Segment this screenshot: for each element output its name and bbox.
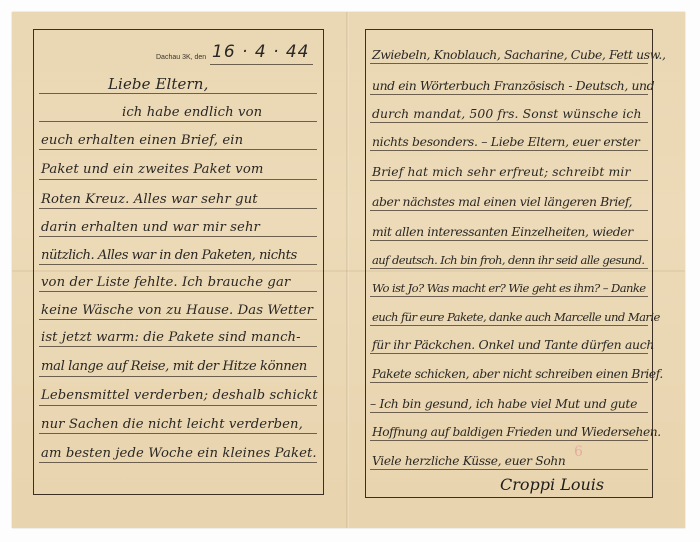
printed-header: Dachau 3K, den (156, 54, 206, 61)
letter-line: durch mandat, 500 frs. Sonst wünsche ich (372, 106, 642, 122)
rule (370, 469, 648, 470)
rule (39, 121, 317, 122)
letter-line: für ihr Päckchen. Onkel und Tante dürfen… (372, 337, 654, 353)
letter-line: nur Sachen die nicht leicht verderben, (41, 417, 303, 433)
rule (39, 319, 317, 320)
rule (39, 179, 317, 180)
rule (39, 93, 317, 94)
letter-line: Pakete schicken, aber nicht schreiben ei… (372, 366, 663, 382)
letter-line: ich habe endlich von (122, 105, 262, 121)
rule (370, 150, 648, 151)
rule (39, 264, 317, 265)
letter-line: keine Wäsche von zu Hause. Das Wetter (41, 303, 313, 319)
letter-sheet: Dachau 3K, den 16 · 4 · 44 Liebe Eltern,… (12, 12, 685, 528)
letter-line: aber nächstes mal einen viel längeren Br… (372, 194, 632, 210)
rule (370, 382, 648, 383)
rule (370, 440, 648, 441)
rule (39, 405, 317, 406)
rule (370, 268, 648, 269)
closing-line: Viele herzliche Küsse, euer Sohn (372, 453, 565, 469)
letter-line: – Ich bin gesund, ich habe viel Mut und … (370, 396, 637, 412)
signature: Croppi Louis (500, 475, 604, 494)
letter-line: Zwiebeln, Knoblauch, Sacharine, Cube, Fe… (372, 47, 666, 63)
scanned-letter: Dachau 3K, den 16 · 4 · 44 Liebe Eltern,… (0, 0, 700, 542)
rule (370, 210, 648, 211)
letter-line: Lebensmittel verderben; deshalb schickt (41, 388, 318, 404)
letter-line: Brief hat mich sehr erfreut; schreibt mi… (372, 164, 631, 180)
letter-line: euch erhalten einen Brief, ein (41, 133, 243, 149)
rule (370, 122, 648, 123)
rule (370, 180, 648, 181)
letter-line: ist jetzt warm: die Pakete sind manch- (41, 330, 301, 346)
rule (370, 240, 648, 241)
red-pencil-mark: 6 (574, 444, 583, 460)
letter-date: 16 · 4 · 44 (212, 42, 310, 62)
letter-line: euch für eure Pakete, danke auch Marcell… (372, 309, 660, 325)
rule (370, 63, 648, 64)
letter-line: Paket und ein zweites Paket vom (41, 162, 264, 178)
rule (39, 291, 317, 292)
rule (370, 353, 648, 354)
rule (370, 296, 648, 297)
rule (39, 346, 317, 347)
letter-line: auf deutsch. Ich bin froh, denn ihr seid… (372, 252, 644, 268)
rule (39, 236, 317, 237)
rule (370, 94, 648, 95)
rule (370, 412, 648, 413)
letter-line: mit allen interessanten Einzelheiten, wi… (372, 224, 633, 240)
rule (370, 325, 648, 326)
letter-line: Hoffnung auf baldigen Frieden und Wieder… (372, 424, 661, 440)
date-rule (210, 64, 313, 65)
letter-line: mal lange auf Reise, mit der Hitze könne… (41, 359, 307, 375)
rule (39, 208, 317, 209)
letter-line: von der Liste fehlte. Ich brauche gar (41, 275, 290, 291)
letter-line: am besten jede Woche ein kleines Paket. (41, 446, 317, 462)
rule (39, 462, 317, 463)
letter-line: nützlich. Alles war in den Paketen, nich… (41, 248, 297, 264)
letter-line: Roten Kreuz. Alles war sehr gut (41, 192, 258, 208)
salutation: Liebe Eltern, (108, 76, 208, 92)
letter-line: darin erhalten und war mir sehr (41, 220, 260, 236)
letter-line: und ein Wörterbuch Französisch - Deutsch… (372, 78, 654, 94)
rule (39, 149, 317, 150)
rule (39, 433, 317, 434)
letter-line: nichts besonders. – Liebe Eltern, euer e… (372, 134, 639, 150)
rule (39, 376, 317, 377)
letter-line: Wo ist Jo? Was macht er? Wie geht es ihm… (372, 280, 646, 296)
